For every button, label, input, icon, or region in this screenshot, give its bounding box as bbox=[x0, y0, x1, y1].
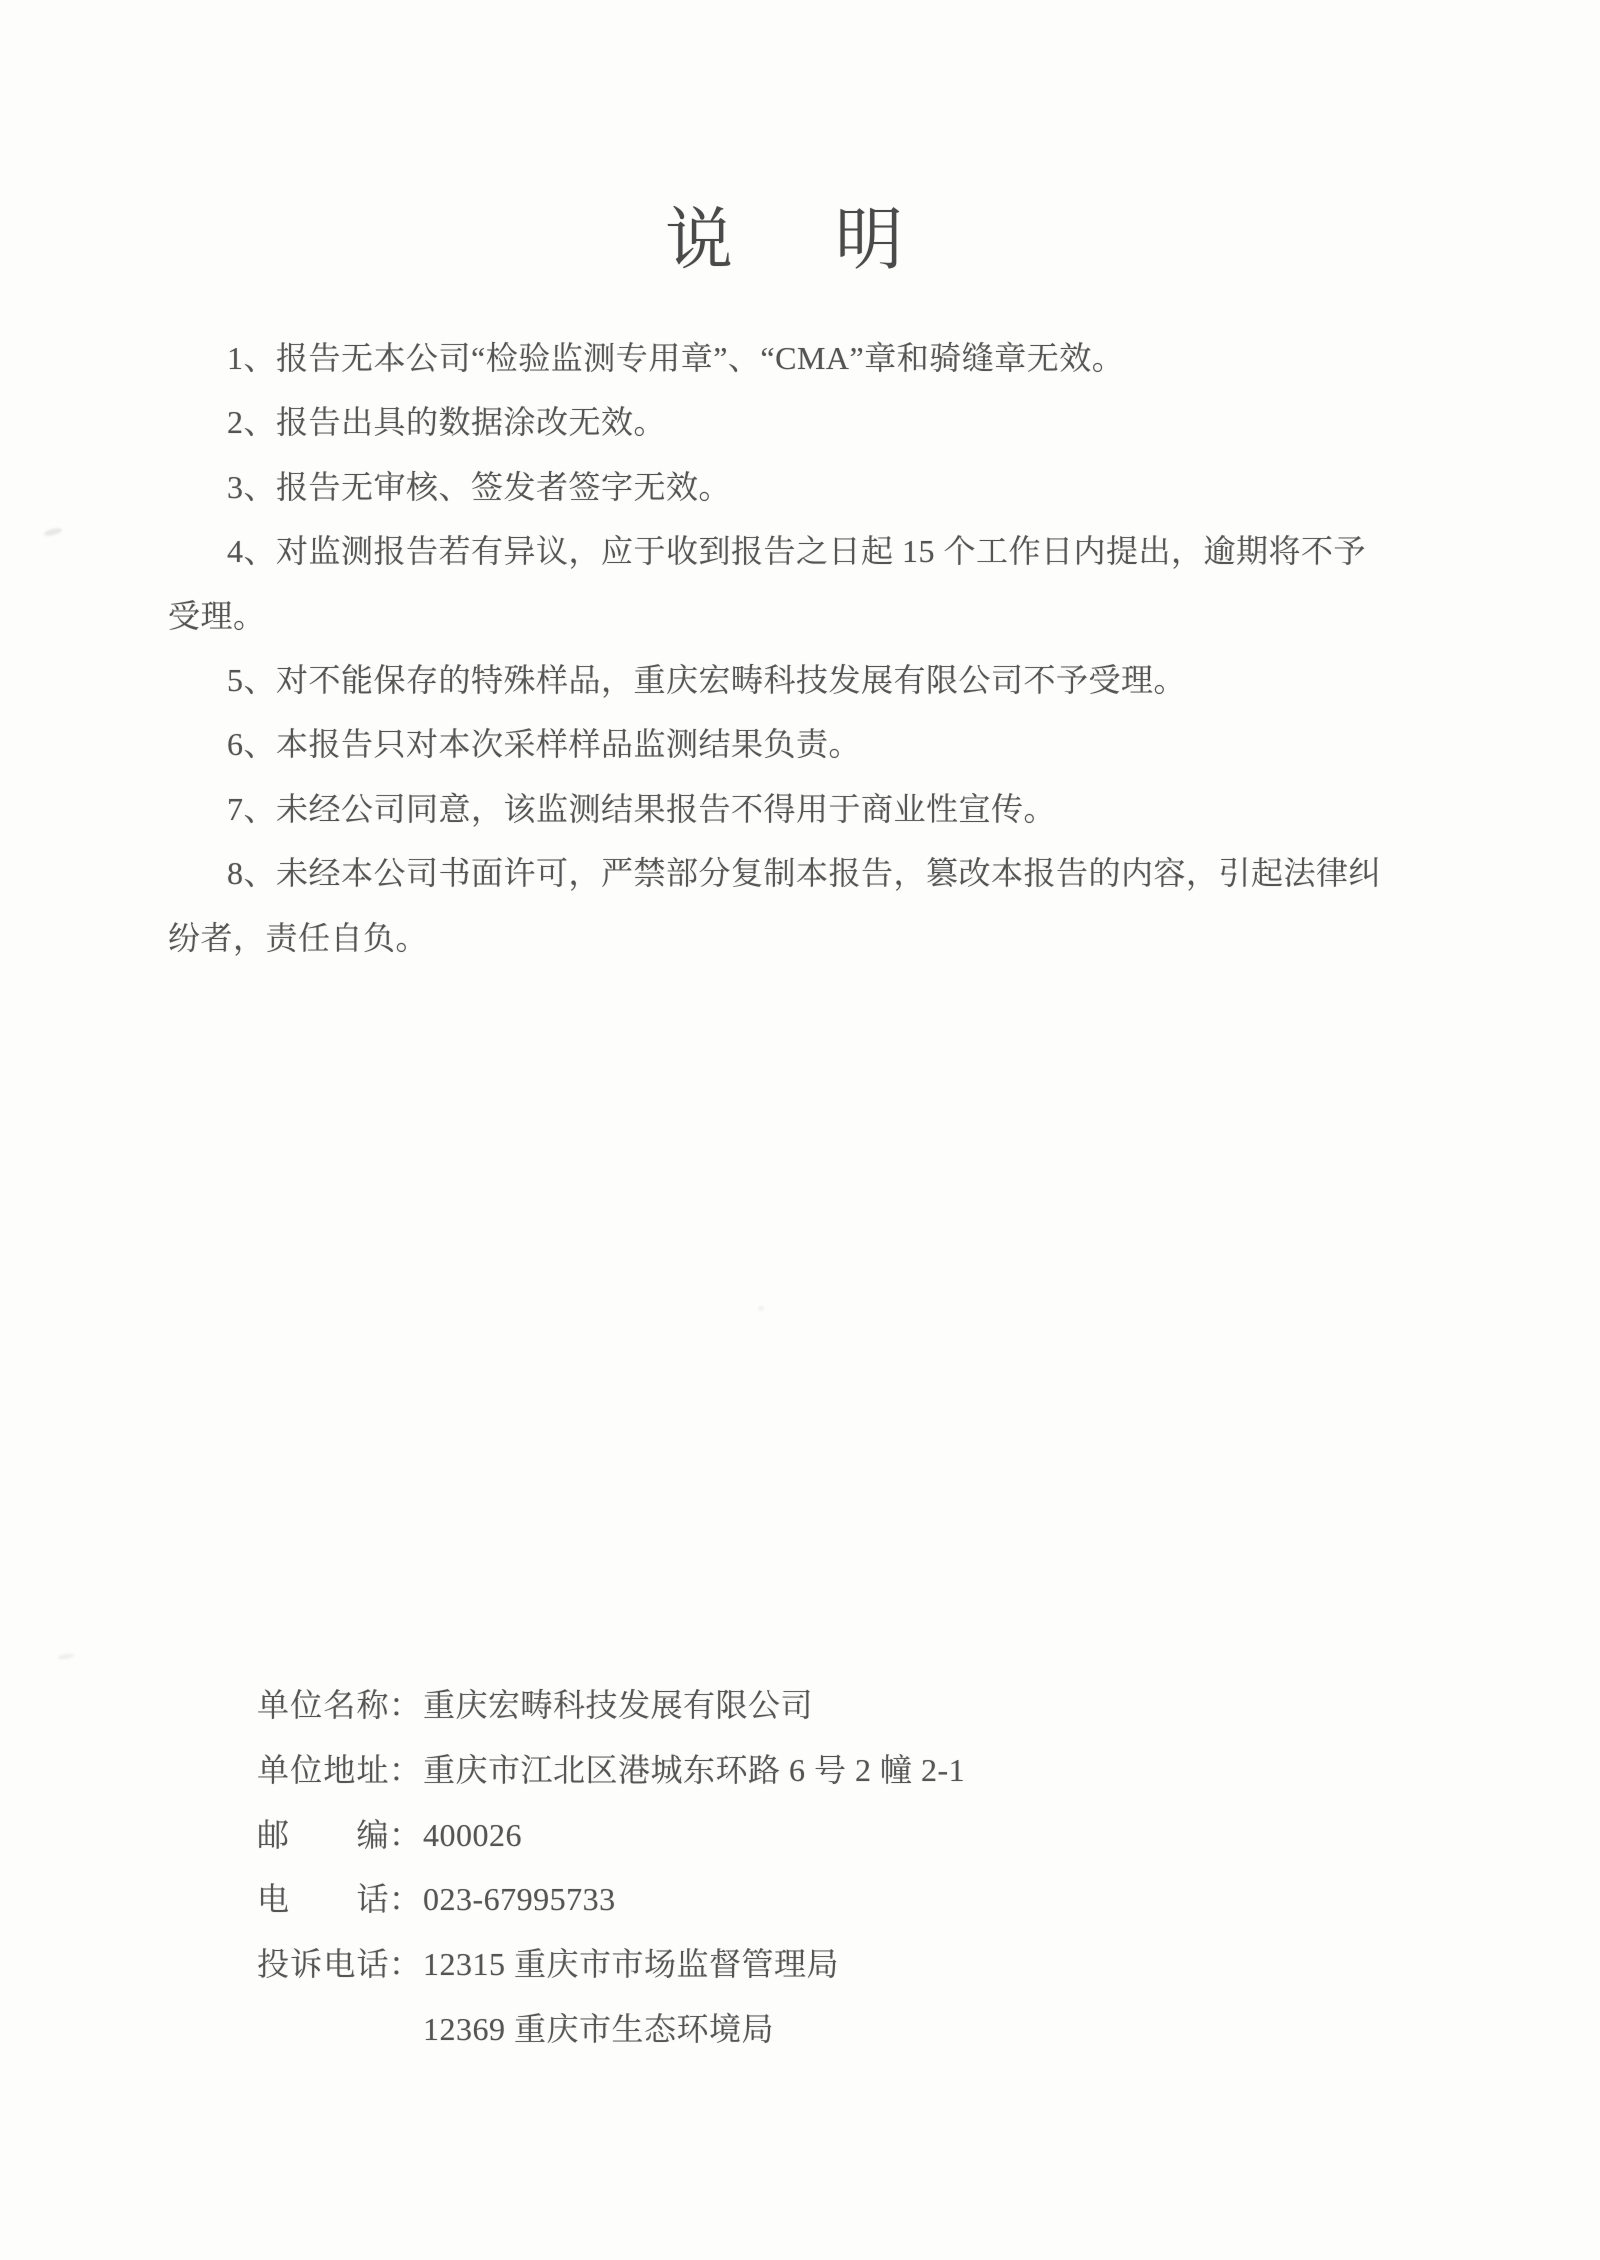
scanned-document-page: 说 明 1、报告无本公司“检验监测专用章”、“CMA”章和骑缝章无效。 2、报告… bbox=[0, 0, 1600, 2260]
note-line-continuation: 受理。 bbox=[168, 584, 1488, 648]
company-name-value: 重庆宏畴科技发展有限公司 bbox=[423, 1687, 813, 1723]
note-line: 7、未经公司同意，该监测结果报告不得用于商业性宣传。 bbox=[168, 777, 1488, 841]
note-line: 3、报告无审核、签发者签字无效。 bbox=[168, 455, 1488, 519]
note-line: 4、对监测报告若有异议，应于收到报告之日起 15 个工作日内提出，逾期将不予 bbox=[168, 519, 1488, 583]
scan-artifact bbox=[58, 1653, 75, 1661]
colon: ： bbox=[389, 1803, 423, 1868]
complaint-phone-label: 投诉电话 bbox=[257, 1932, 389, 1997]
notes-list: 1、报告无本公司“检验监测专用章”、“CMA”章和骑缝章无效。 2、报告出具的数… bbox=[168, 326, 1488, 970]
postal-code-label: 邮编 bbox=[257, 1803, 389, 1868]
complaint-phone-value-2: 12369 重庆市生态环境局 bbox=[423, 2011, 774, 2047]
scan-artifact bbox=[44, 527, 63, 537]
page-title: 说 明 bbox=[665, 186, 920, 283]
complaint-phone-row-2: 12369 重庆市生态环境局 bbox=[257, 1997, 965, 2062]
company-address-value: 重庆市江北区港城东环路 6 号 2 幢 2-1 bbox=[423, 1752, 965, 1788]
note-line: 8、未经本公司书面许可，严禁部分复制本报告，篡改本报告的内容，引起法律纠 bbox=[168, 841, 1488, 905]
complaint-phone-row: 投诉电话：12315 重庆市市场监督管理局 bbox=[257, 1932, 965, 1997]
postal-code-row: 邮编：400026 bbox=[257, 1803, 965, 1868]
complaint-phone-value-1: 12315 重庆市市场监督管理局 bbox=[423, 1946, 839, 1982]
phone-row: 电话：023-67995733 bbox=[257, 1867, 965, 1932]
note-line: 1、报告无本公司“检验监测专用章”、“CMA”章和骑缝章无效。 bbox=[168, 326, 1488, 390]
note-line-continuation: 纷者，责任自负。 bbox=[168, 906, 1488, 970]
phone-value: 023-67995733 bbox=[423, 1881, 616, 1917]
company-address-label: 单位地址 bbox=[257, 1738, 389, 1803]
colon: ： bbox=[389, 1867, 423, 1932]
note-line: 6、本报告只对本次采样样品监测结果负责。 bbox=[168, 712, 1488, 776]
scan-artifact bbox=[758, 1306, 764, 1311]
note-line: 5、对不能保存的特殊样品，重庆宏畴科技发展有限公司不予受理。 bbox=[168, 648, 1488, 712]
contact-info-block: 单位名称：重庆宏畴科技发展有限公司 单位地址：重庆市江北区港城东环路 6 号 2… bbox=[257, 1673, 965, 2062]
colon: ： bbox=[389, 1932, 423, 1997]
colon: ： bbox=[389, 1673, 423, 1738]
phone-label: 电话 bbox=[257, 1867, 389, 1932]
company-name-row: 单位名称：重庆宏畴科技发展有限公司 bbox=[257, 1673, 965, 1738]
colon: ： bbox=[389, 1738, 423, 1803]
postal-code-value: 400026 bbox=[423, 1817, 522, 1853]
spacer bbox=[389, 1997, 423, 2062]
company-address-row: 单位地址：重庆市江北区港城东环路 6 号 2 幢 2-1 bbox=[257, 1738, 965, 1803]
note-line: 2、报告出具的数据涂改无效。 bbox=[168, 390, 1488, 454]
company-name-label: 单位名称 bbox=[257, 1673, 389, 1738]
